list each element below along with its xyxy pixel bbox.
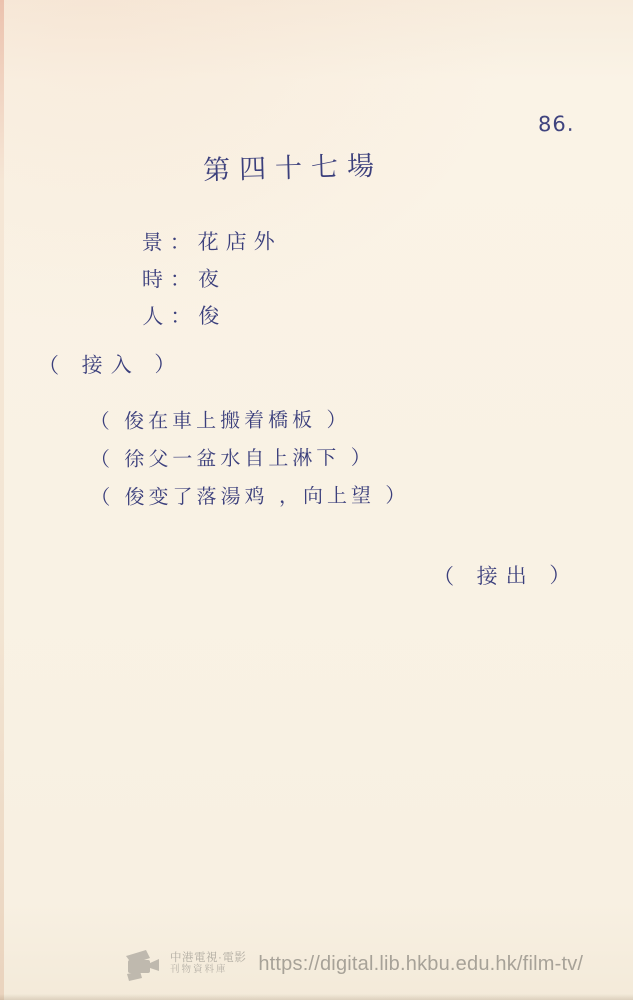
- meta-value: 俊: [198, 304, 226, 328]
- meta-separator: ：: [170, 230, 198, 254]
- watermark-url: https://digital.lib.hkbu.edu.hk/film-tv/: [258, 953, 583, 976]
- meta-separator: ：: [170, 304, 198, 328]
- scan-bottom-edge: [0, 994, 633, 1000]
- scene-meta-block: 景：花店外 時：夜 人：俊: [142, 223, 283, 335]
- library-watermark: 中港電視·電影 刊物資料庫 https://digital.lib.hkbu.e…: [120, 944, 583, 984]
- meta-row-cast: 人：俊: [142, 297, 282, 335]
- watermark-org-line2: 刊物資料庫: [170, 965, 246, 976]
- meta-value: 花店外: [198, 229, 282, 254]
- meta-row-setting: 景：花店外: [142, 223, 282, 261]
- transition-out-note: （ 接出 ）: [433, 559, 579, 591]
- page-number: 86.: [538, 112, 575, 137]
- action-lines-block: （ 俊在車上搬着橋板 ） （ 徐父一盆水自上淋下 ） （ 俊变了落湯鸡 ，向上望…: [90, 400, 410, 516]
- meta-label: 景: [142, 230, 170, 254]
- action-line: （ 徐父一盆水自上淋下 ）: [90, 438, 409, 478]
- meta-separator: ：: [170, 267, 198, 291]
- meta-label: 人: [142, 304, 170, 328]
- scan-left-edge: [0, 0, 4, 1000]
- watermark-org-name: 中港電視·電影 刊物資料庫: [170, 952, 246, 976]
- transition-in-note: （ 接入 ）: [38, 348, 184, 380]
- action-line: （ 俊变了落湯鸡 ，向上望 ）: [90, 476, 409, 516]
- action-line: （ 俊在車上搬着橋板 ）: [90, 400, 409, 440]
- scene-title: 第四十七場: [203, 144, 384, 188]
- meta-label: 時: [142, 267, 170, 291]
- film-camera-icon: [120, 944, 162, 984]
- meta-row-time: 時：夜: [142, 260, 282, 298]
- meta-value: 夜: [198, 267, 226, 291]
